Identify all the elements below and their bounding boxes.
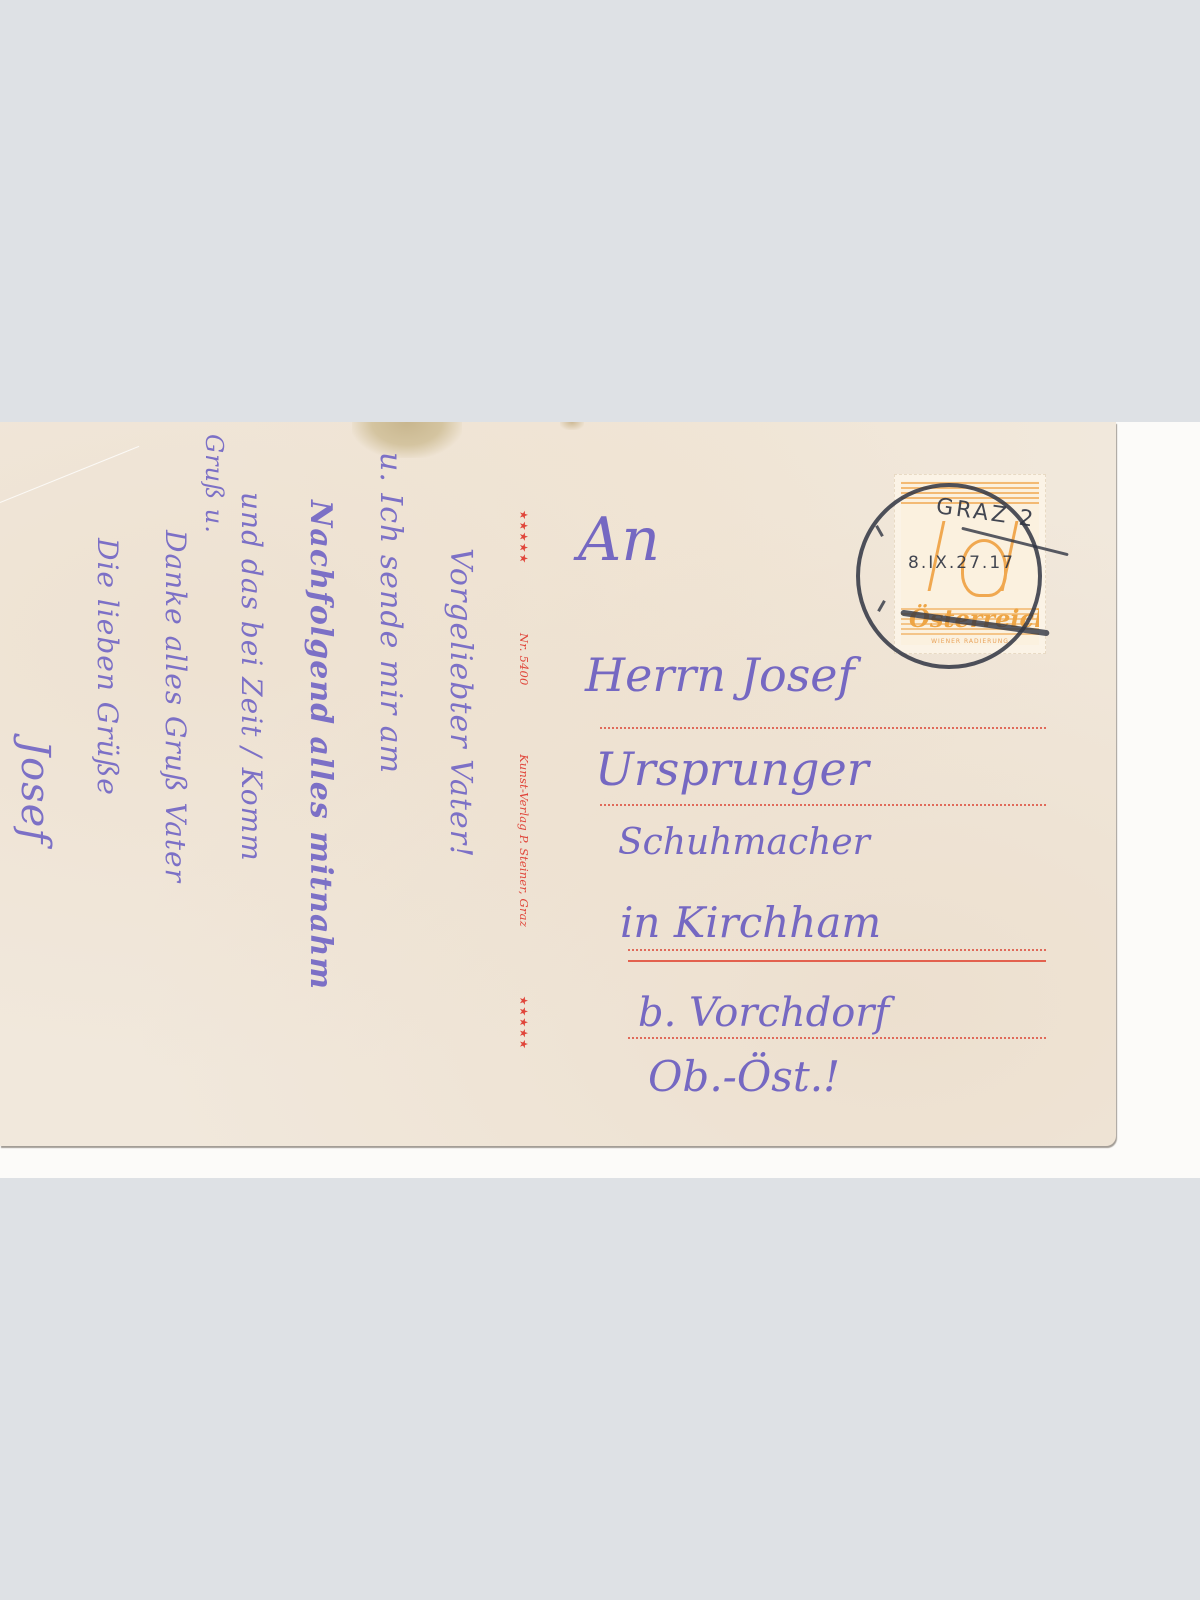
address-region: Ob.-Öst.!: [648, 1052, 1200, 1101]
publisher-name: Kunst-Verlag P. Steiner, Graz: [517, 754, 531, 927]
address-postal-town: b. Vorchdorf: [638, 990, 1200, 1036]
paper-crease: [0, 446, 139, 503]
address-rule: [628, 1037, 1046, 1039]
signature: Josef: [12, 740, 58, 844]
address-surname: Ursprunger: [595, 742, 1200, 796]
address-salutation: An: [578, 505, 1200, 575]
message-line: Gruß u.: [200, 434, 228, 534]
address-recipient: Herrn Josef: [585, 648, 1200, 702]
address-town: in Kirchham: [620, 898, 1200, 947]
stars-decoration: ★★★★★: [518, 996, 531, 1050]
card-number: Nr. 5400: [517, 633, 531, 685]
message-line: Nachfolgend alles mitnahm: [303, 500, 338, 990]
address-rule: [600, 804, 1046, 806]
address-occupation: Schuhmacher: [618, 822, 1200, 863]
message-line: Die lieben Grüße: [91, 538, 124, 796]
stars-decoration: ★★★★★: [518, 510, 531, 564]
message-line: Danke alles Gruß Vater: [159, 530, 192, 883]
paper-tear: [560, 422, 584, 430]
message-line: und das bei Zeit / Komm: [235, 492, 268, 862]
address-rule: [600, 727, 1046, 729]
message-line: Vorgeliebter Vater!: [443, 548, 478, 858]
address-rule-solid: [628, 960, 1046, 962]
address-rule: [628, 949, 1046, 951]
message-line: u. Ich sende mir am: [373, 452, 408, 774]
